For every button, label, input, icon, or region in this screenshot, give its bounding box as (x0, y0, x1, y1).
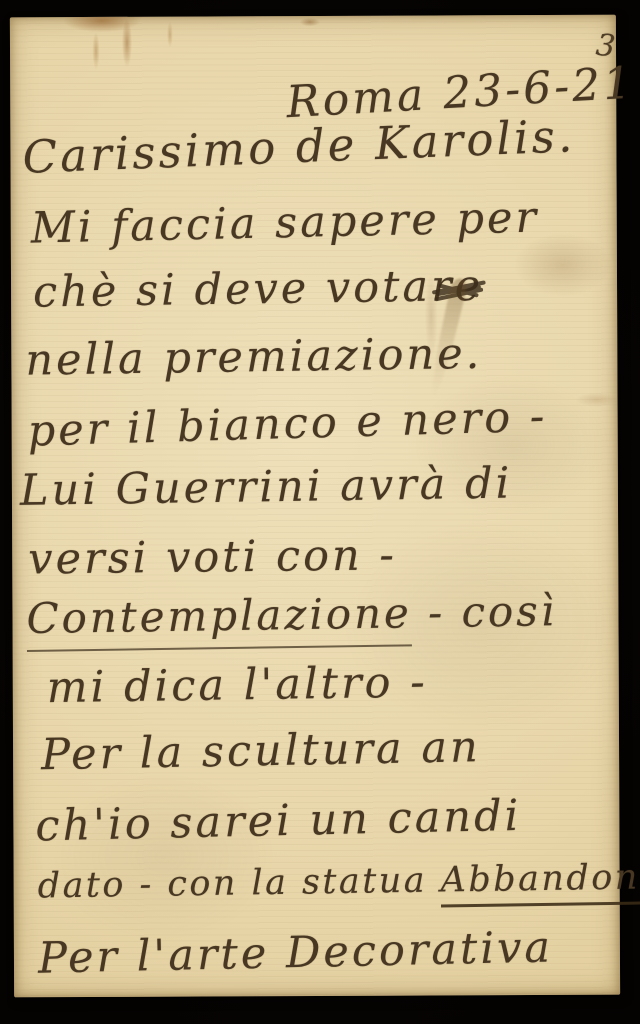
body-line-2: chè si deve votare (33, 261, 484, 318)
body-line-9: Per la scultura an (41, 722, 482, 780)
line-text: mi dica l'altro - (46, 658, 428, 714)
line-text: versi voti con - (28, 530, 397, 584)
body-line-3: nella premiazione. (25, 329, 483, 386)
body-line-7: Contemplazione - così (26, 586, 557, 643)
underlined-word-abbandono: Abbandono (440, 857, 640, 907)
photo-backdrop: 3 Roma 23-6-21 Carissimo de Karolis. Mi … (0, 0, 640, 1024)
line-text: chè si deve votare (33, 261, 484, 318)
body-line-5: Lui Guerrini avrà di (20, 459, 513, 516)
line-text: nella premiazione. (25, 329, 483, 386)
letter-page: 3 Roma 23-6-21 Carissimo de Karolis. Mi … (10, 15, 620, 998)
body-line-8: mi dica l'altro - (46, 658, 428, 714)
body-line-6: versi voti con - (28, 530, 397, 584)
body-line-11: dato - con la statua Abbandono (37, 857, 640, 906)
line-text: Lui Guerrini avrà di (20, 459, 513, 516)
line-text: ch'io sarei un candi (35, 791, 522, 852)
body-line-10: ch'io sarei un candi (35, 791, 522, 852)
underlined-word-contemplazione: Contemplazione (26, 588, 412, 652)
line-text: dato - con la statua (37, 861, 441, 907)
line-text: - così (411, 586, 557, 637)
line-text: Per la scultura an (41, 722, 482, 780)
